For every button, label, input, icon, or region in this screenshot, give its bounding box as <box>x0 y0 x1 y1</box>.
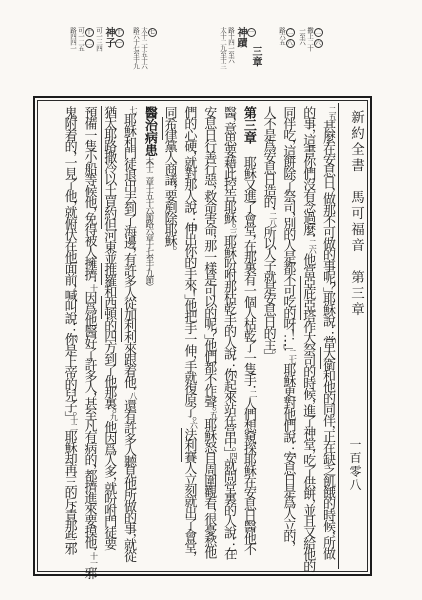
margin-annotation: 一神蹟路十四一至六太十二九至十三 <box>218 27 257 95</box>
text-run: 耶穌更對他們說：「安息日是爲人立的， <box>281 363 296 546</box>
proper-name: 加利利 <box>121 308 137 342</box>
text-run: 鬼附着的，一見了他，就俯伏在他面前，喊叫說：「你是上帝的兒子。」 <box>63 106 78 416</box>
circled-verse-number: 一 <box>115 39 124 48</box>
circled-verse-number: 二 <box>314 28 323 37</box>
text-column: 醫，意思要藉此控告耶穌。三耶穌吩咐那枯乾手的人說：「你起來站在當中。」四就問堂裏… <box>219 106 239 570</box>
proper-name: 大衛 <box>320 347 336 369</box>
running-title: 新約全書 馬可福音 第三章 <box>346 110 366 318</box>
punctuation: ， <box>321 187 336 192</box>
text-run: 來跟着他． <box>122 342 137 392</box>
text-column: 鬼附着的，一見了他，就俯伏在他面前，喊叫說：「你是上帝的兒子。」十二耶穌却再三的… <box>60 106 80 570</box>
section-heading: 第三章 <box>242 106 257 156</box>
text-run: 還有許多人聽見他所做的事，就從 <box>122 399 137 561</box>
text-run: 預備一隻小船等候他，免得被人擁擠． <box>82 106 97 284</box>
punctuation: 「 <box>321 330 336 335</box>
verse-number: 三 <box>229 228 238 235</box>
text-column: 人不是爲安息日造的．二八所以人子就是安息日的主。」 <box>259 106 279 570</box>
cross-reference: 可一二五 <box>76 27 84 95</box>
punctuation: ， <box>182 551 197 556</box>
punctuation: 「 <box>222 363 237 368</box>
text-run: 耶穌又進了會堂，在那裏有一個人枯乾了一隻手． <box>242 156 257 390</box>
punctuation: 。 <box>163 245 178 250</box>
verse-circle-marks: 十一 <box>114 27 125 95</box>
punctuation: ， <box>202 234 217 239</box>
text-run: 河東並 <box>102 229 117 263</box>
text-column: 二五甚麼在安息日，做那不可做的事呢？」耶穌說：「當大衛和他的同伴，正在缺乏飢餓的… <box>318 106 338 570</box>
verse-number: 二六 <box>308 239 317 253</box>
punctuation: 」 <box>321 287 336 292</box>
punctuation: ， <box>301 449 316 454</box>
text-run: 和 <box>102 285 117 296</box>
text-run: 耶穌却再三的斥責那些邪 <box>63 430 78 553</box>
punctuation: ， <box>102 476 117 481</box>
text-run: 和他的同伴，正在缺乏飢餓的時候，所做 <box>321 369 336 558</box>
cross-reference: 路六五 <box>277 27 285 95</box>
proper-name: 推羅 <box>101 263 117 285</box>
circled-verse-number: 一 <box>247 28 256 37</box>
text-column: 同伴吃，這餅除了祭司，別的人是都不可吃的呀！……」二七耶穌更對他們說：「安息日是… <box>279 106 299 570</box>
verse-number: 五 <box>209 411 218 418</box>
punctuation: ， <box>281 541 296 546</box>
circled-verse-number: 十 <box>115 28 124 37</box>
text-column: 安息日行善行惡，救命害命，那一樣是可以的呢？」他們都不作聲。五耶穌怒目周圍觀看，… <box>199 106 219 570</box>
punctuation: ， <box>82 207 97 212</box>
verse-circle-marks: 一 <box>246 27 257 95</box>
verse-number: 四 <box>229 452 238 459</box>
text-run: 耶穌和門徒退出去到了海邊，有許多人從 <box>122 113 137 308</box>
punctuation: 」 <box>262 349 277 354</box>
text-column: 醫治病患（太十二章十五十六節路六章十七至十九節） <box>139 106 160 570</box>
proper-name: 法利賽 <box>181 428 197 462</box>
punctuation: ， <box>122 247 137 252</box>
punctuation: ， <box>63 151 78 156</box>
punctuation: ， <box>242 234 257 239</box>
punctuation: ， <box>281 212 296 217</box>
circled-verse-number: 二 <box>286 28 295 37</box>
punctuation: 」 <box>222 447 237 452</box>
text-run: 們的心硬，就對那人說：「伸出你的手來！」他把手一伸，手就復原了。 <box>182 106 197 421</box>
punctuation: ， <box>222 117 237 122</box>
punctuation: ， <box>202 184 217 189</box>
verse-number: 七 <box>129 106 138 113</box>
proper-name: 猶太 <box>101 106 117 128</box>
margin-annotation: 七太十二十五十六路六十七至十九 <box>131 27 158 95</box>
punctuation: ， <box>321 425 336 430</box>
text-column: 七耶穌和門徒退出去到了海邊，有許多人從加利利來跟着他．八還有許多人聽見他所做的事… <box>119 106 139 570</box>
punctuation: ， <box>321 531 336 536</box>
verse-number: 八 <box>129 392 138 399</box>
text-run: 甚麼在安息日，做那不可做的事呢？」耶穌說：「當 <box>321 120 336 347</box>
verse-number: 二五 <box>328 106 337 120</box>
punctuation: ， <box>163 184 178 189</box>
verse-number: 六 <box>189 421 198 428</box>
cross-reference: 路十四一至六 <box>226 27 234 95</box>
text-column: 猶太耶路撒冷以土買約但河東並推羅和西頓的四方到了他那裏。九他因爲人多，就吩咐門徒… <box>99 106 119 570</box>
punctuation: 「 <box>63 328 78 333</box>
cross-reference: 太十二九至十三 <box>218 27 226 95</box>
verse-circle-marks: 二八 <box>285 27 296 95</box>
text-run: 所以人子就是安息日的主。」 <box>262 226 277 354</box>
margin-annotation: 十二可一二五路四四一 <box>68 27 95 95</box>
punctuation: （ <box>145 156 155 157</box>
text-run: 安息日行善行惡，救命害命，那一樣是可以的呢？」他們都不作聲。 <box>202 106 217 411</box>
verse-circle-marks: 十二 <box>84 27 95 95</box>
proper-name: 希律 <box>162 117 178 139</box>
punctuation: ， <box>122 533 137 538</box>
cross-reference: 太十二十五十六 <box>139 27 147 95</box>
punctuation: ， <box>301 128 316 133</box>
proper-name: 亞庇亞塔 <box>300 276 316 321</box>
text-column: 同希律黨人商議，要剷除耶穌。 <box>160 106 180 570</box>
page-border-frame: 新約全書 馬可福音 第三章 一百零八 二五甚麼在安息日，做那不可做的事呢？」耶穌… <box>33 96 372 576</box>
circled-verse-number: 六 <box>314 39 323 48</box>
punctuation: ， <box>281 140 296 145</box>
verse-number: 二八 <box>269 212 278 226</box>
cross-reference: 可一三四 <box>94 27 102 95</box>
circled-verse-number: 十 <box>85 28 94 37</box>
punctuation: ， <box>301 498 316 503</box>
punctuation: ， <box>182 355 197 360</box>
verse-number: 九 <box>109 413 118 420</box>
cross-reference: 路四四一 <box>68 27 76 95</box>
verse-number: 二 <box>249 390 258 397</box>
verse-number: 十一 <box>89 552 98 566</box>
text-run: 邪 <box>82 566 97 577</box>
margin-annotation: 十一神子可一三四 <box>94 27 125 95</box>
punctuation: ） <box>145 283 155 284</box>
text-run: 因爲他醫好了許多人，甚至凡有病的，都擠進來要摸他． <box>82 291 97 552</box>
text-run: 就問堂裏的人說：「在 <box>222 459 237 559</box>
proper-name: 耶路撒冷 <box>101 128 117 173</box>
text-column: 的事，這書你們沒有念過麼．二六他當亞庇亞塔作大祭司的時候，進了神堂，吃了供餅，並… <box>298 106 318 570</box>
proper-name: 約但 <box>101 207 117 229</box>
proper-name: 西頓 <box>101 296 117 318</box>
text-run: 耶穌吩咐那枯乾手的人說：「你起來站在當中。」 <box>222 235 237 452</box>
text-column: 們的心硬，就對那人說：「伸出你的手來！」他把手一伸，手就復原了。六法利賽人立刻就… <box>180 106 200 570</box>
text-run: 人們想窺探耶穌在安息日醫他不 <box>242 397 257 554</box>
circled-verse-number: 八 <box>286 39 295 48</box>
margin-label: 神蹟 <box>234 27 246 95</box>
circled-verse-number: 七 <box>148 28 157 37</box>
verse-circle-marks: 二六 <box>313 27 324 95</box>
running-title-column: 新約全書 馬可福音 第三章 一百零八 <box>338 103 366 569</box>
margin-annotation: 二六撒上二十一至六 <box>297 27 324 95</box>
margin-label: 神子 <box>102 27 114 95</box>
punctuation: ， <box>63 201 78 206</box>
text-run: 作大祭司的時候，進了神堂，吃了供餅，並且又給他的 <box>301 320 316 570</box>
text-run: 同 <box>163 106 178 117</box>
punctuation: 「 <box>182 217 197 222</box>
margin-annotation: 二八路六五 <box>277 27 296 95</box>
page-border-inner-rule: 新約全書 馬可福音 第三章 一百零八 二五甚麼在安息日，做那不可做的事呢？」耶穌… <box>37 100 368 572</box>
circled-verse-number: 二 <box>85 39 94 48</box>
punctuation: ， <box>82 464 97 469</box>
main-text: 二五甚麼在安息日，做那不可做的事呢？」耶穌說：「當大衛和他的同伴，正在缺乏飢餓的… <box>46 106 338 570</box>
verse-number: 十 <box>89 284 98 291</box>
verse-circle-marks: 七 <box>147 27 158 95</box>
cross-reference: 撒上二十 <box>305 27 313 95</box>
punctuation: ， <box>202 508 217 513</box>
text-run: 的四方到了他那裏。 <box>102 319 117 414</box>
text-run: 同伴吃，這餅除了祭司，別的人是都不可吃的呀！……」 <box>281 106 296 349</box>
punctuation: 「 <box>281 446 296 451</box>
text-run: 人立刻就出了會堂， <box>182 462 197 557</box>
text-column: 第三章 耶穌又進了會堂，在那裏有一個人枯乾了一隻手．二人們想窺探耶穌在安息日醫他… <box>239 106 259 570</box>
punctuation: ， <box>301 399 316 404</box>
proper-name: 以土買 <box>101 173 117 207</box>
text-run: 他因爲人多，就吩咐門徒要 <box>102 420 117 548</box>
section-heading: 醫治病患 <box>143 106 158 156</box>
punctuation: ， <box>182 151 197 156</box>
reference-note: （太十二章十五十六節路六章十七至十九節） <box>145 156 155 283</box>
punctuation: 「 <box>222 542 237 547</box>
verse-number: 十二 <box>70 416 79 430</box>
cross-reference: 路六十七至十九 <box>131 27 139 95</box>
text-run: 他當 <box>301 253 316 275</box>
text-run: 人不是爲安息日造的． <box>262 106 277 212</box>
text-run: 的事，這書你們沒有念過麼． <box>301 106 316 239</box>
text-run: 醫，意思要藉此控告耶穌。 <box>222 106 237 228</box>
scanned-bible-page: 二六撒上二十一至六二八路六五三章一神蹟路十四一至六太十二九至十三七太十二十五十六… <box>0 0 422 600</box>
page-number: 一百零八 <box>347 438 364 492</box>
punctuation: 」 <box>202 334 217 339</box>
text-column: 預備一隻小船等候他，免得被人擁擠．十因爲他醫好了許多人，甚至凡有病的，都擠進來要… <box>80 106 100 570</box>
cross-reference: 一至六 <box>297 27 305 95</box>
verse-number: 二七 <box>288 349 297 363</box>
punctuation: 」 <box>182 294 197 299</box>
text-run: 黨人商議，要剷除耶穌。 <box>163 140 178 251</box>
punctuation: ， <box>63 284 78 289</box>
punctuation: ， <box>82 392 97 397</box>
text-run: 耶穌怒目周圍觀看，很憂愁他 <box>202 418 217 557</box>
